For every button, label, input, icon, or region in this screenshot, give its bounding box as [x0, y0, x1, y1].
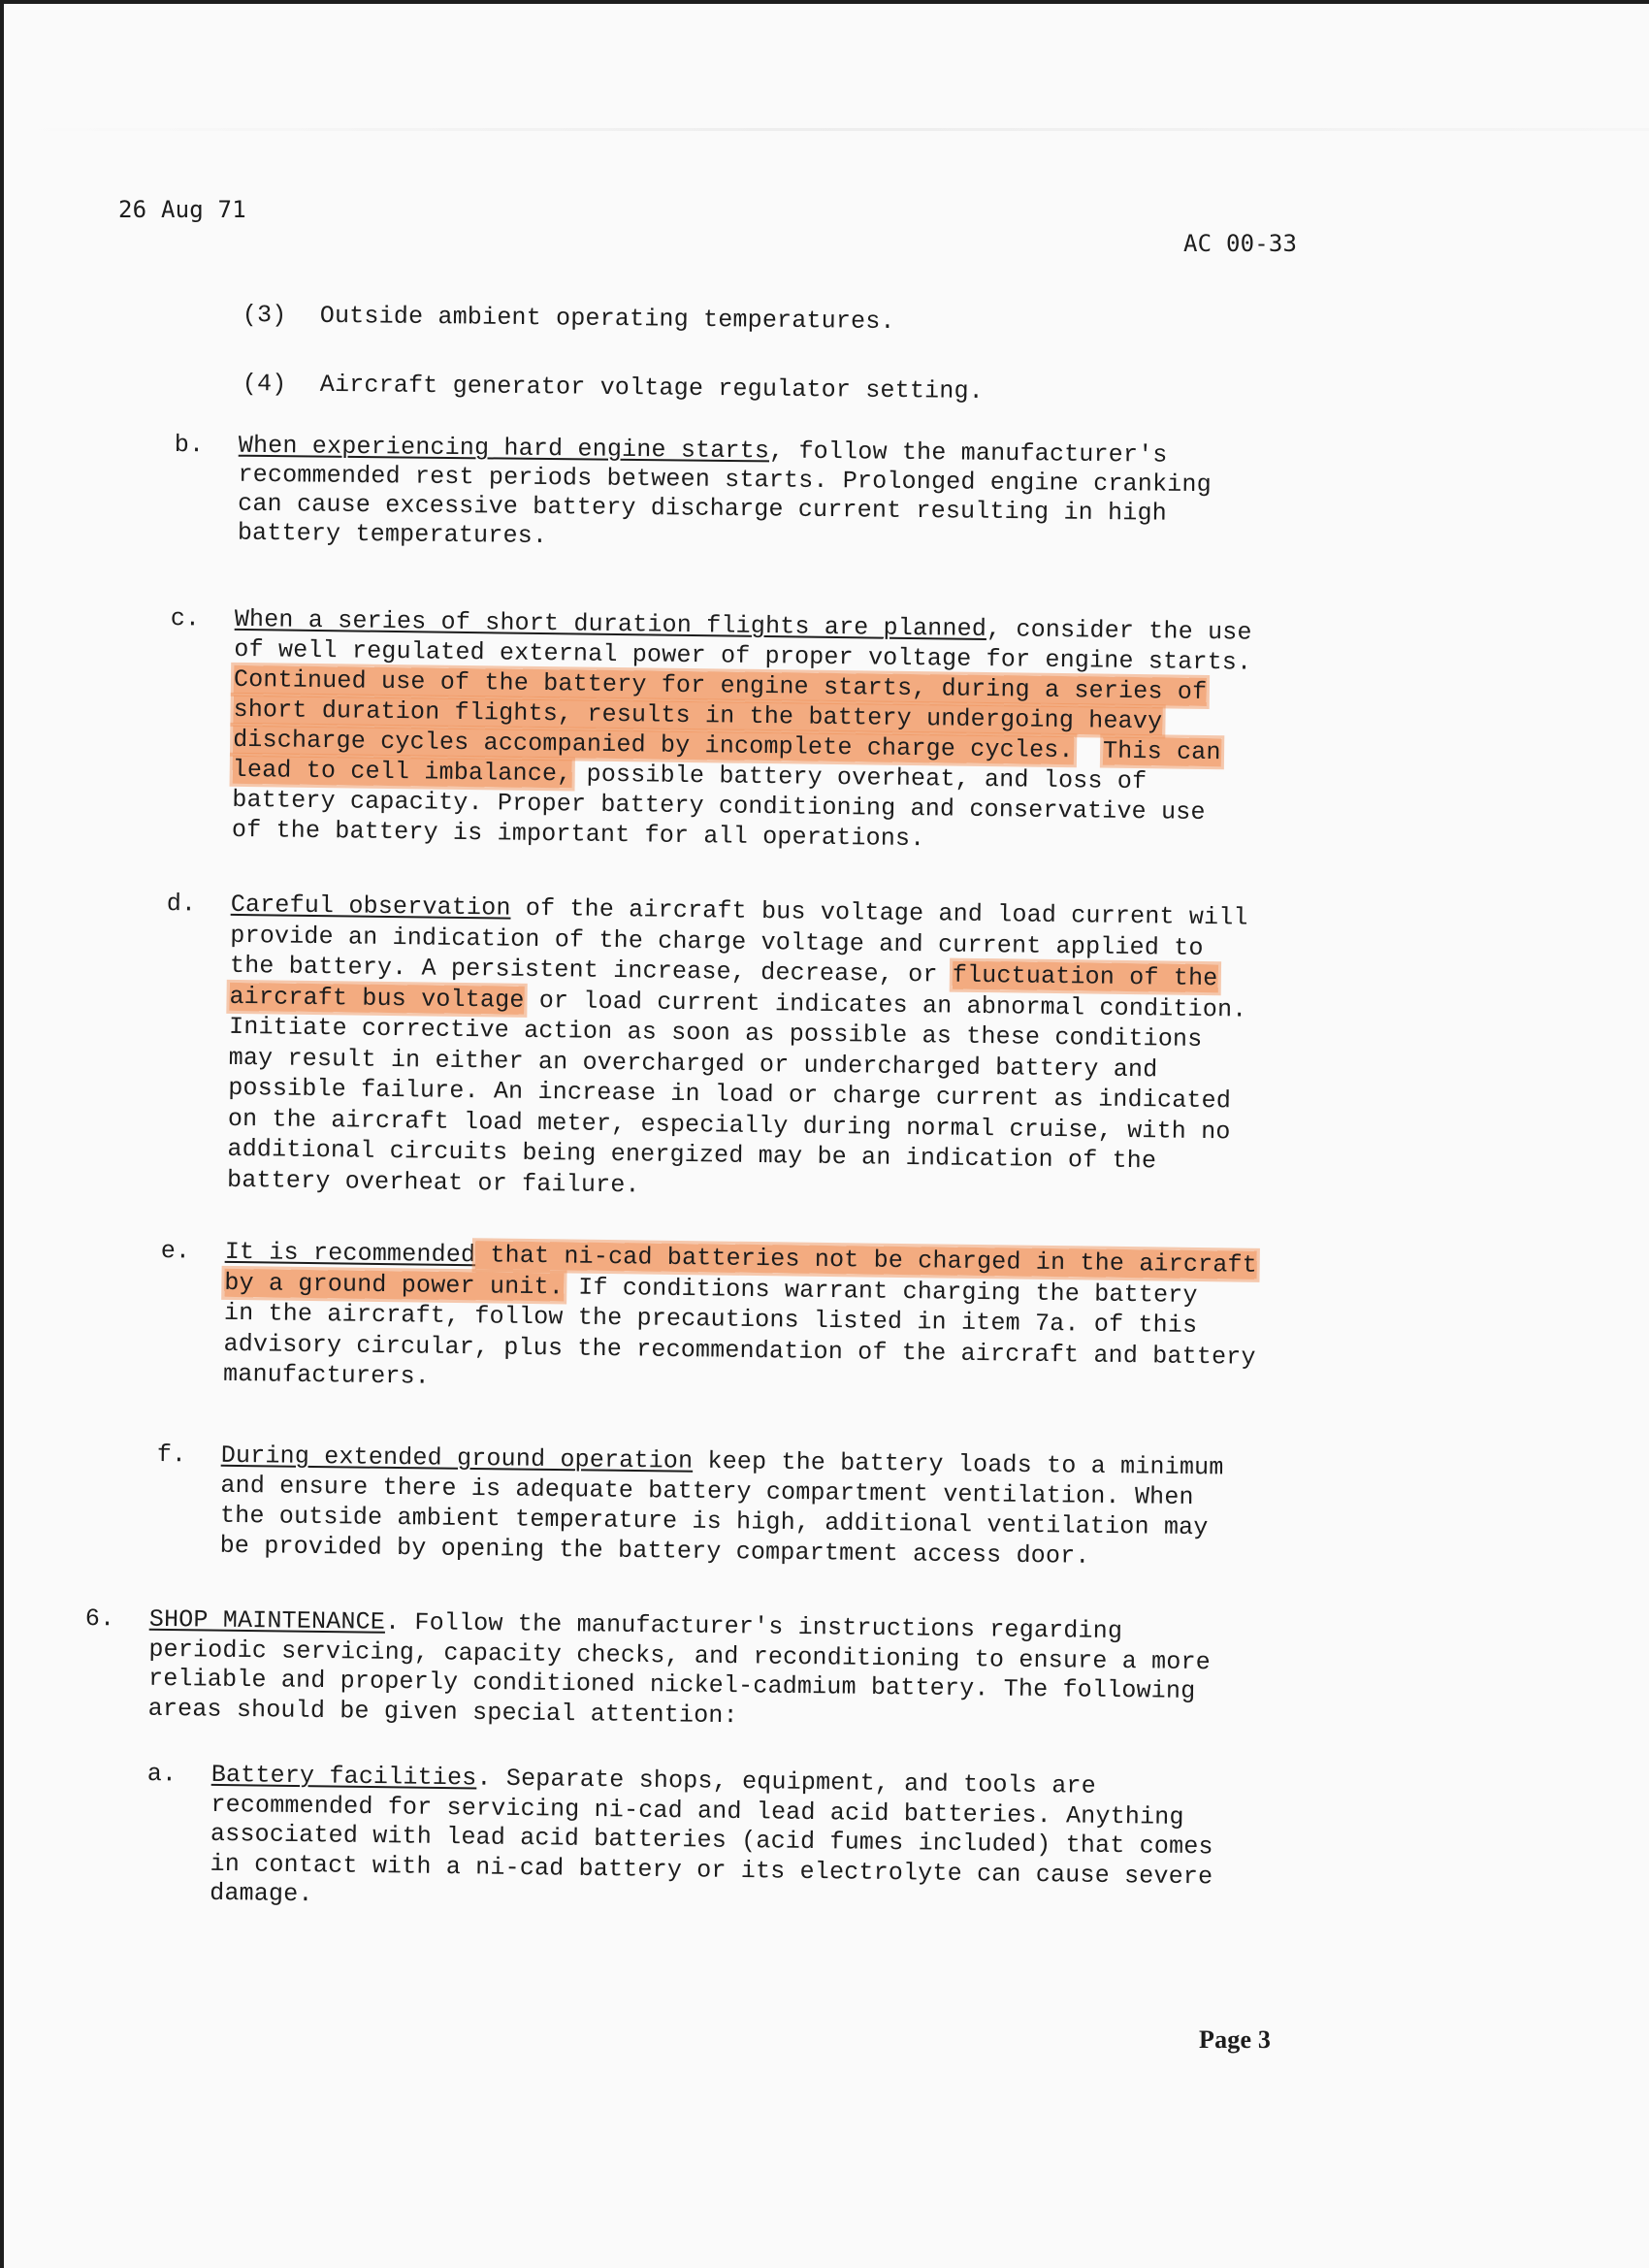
page-number: Page 3 [1199, 2025, 1271, 2055]
highlighted-text: lead to cell imbalance, [233, 756, 572, 789]
paragraph-heading: Battery facilities [211, 1761, 477, 1793]
item-text: Outside ambient operating temperatures. [320, 302, 895, 337]
section-title: SHOP MAINTENANCE [149, 1605, 386, 1636]
item-marker: (4) [242, 370, 287, 399]
highlighted-text: fluctuation of the [953, 961, 1218, 993]
paragraph-heading: During extended ground operation [221, 1442, 694, 1475]
highlighted-text: by a ground power unit. [224, 1268, 564, 1301]
paragraph-heading: It is recommended [225, 1238, 476, 1269]
paragraph-marker: d. [167, 889, 197, 920]
paragraph-heading: When experiencing hard engine starts [239, 432, 770, 466]
text-line: , follow the manufacturer's [769, 437, 1168, 469]
scanned-page: 26 Aug 71 AC 00-33 (3) Outside ambient o… [4, 4, 1649, 2268]
paragraph-marker: a. [147, 1760, 178, 1790]
section-number: 6. [85, 1604, 115, 1635]
paragraph-e: e. It is recommended that ni-cad batteri… [159, 1236, 1403, 1405]
paragraph-marker: e. [161, 1236, 191, 1267]
paragraph-6a: a. Battery facilities. Separate shops, e… [145, 1760, 1399, 1924]
paragraph-marker: c. [171, 603, 201, 633]
paragraph-c: c. When a series of short duration fligh… [168, 603, 1393, 859]
advisory-circular-number: AC 00-33 [1183, 230, 1297, 257]
highlighted-text: aircraft bus voltage [229, 982, 524, 1014]
item-text: Aircraft generator voltage regulator set… [320, 371, 984, 406]
paragraph-d: d. Careful observation of the aircraft b… [163, 889, 1399, 1211]
item-marker: (3) [242, 301, 287, 330]
document-date: 26 Aug 71 [118, 196, 246, 223]
paragraph-f: f. During extended ground operation keep… [155, 1440, 1398, 1575]
highlighted-text: This can [1103, 737, 1221, 767]
paragraph-marker: b. [175, 431, 205, 460]
paragraph-b: b. When experiencing hard engine starts,… [174, 431, 1387, 560]
text-line: , consider the use [986, 615, 1252, 647]
section-6: 6. SHOP MAINTENANCE. Follow the manufact… [84, 1604, 1395, 1738]
paragraph-marker: f. [157, 1440, 187, 1470]
paragraph-heading: Careful observation [231, 891, 511, 923]
